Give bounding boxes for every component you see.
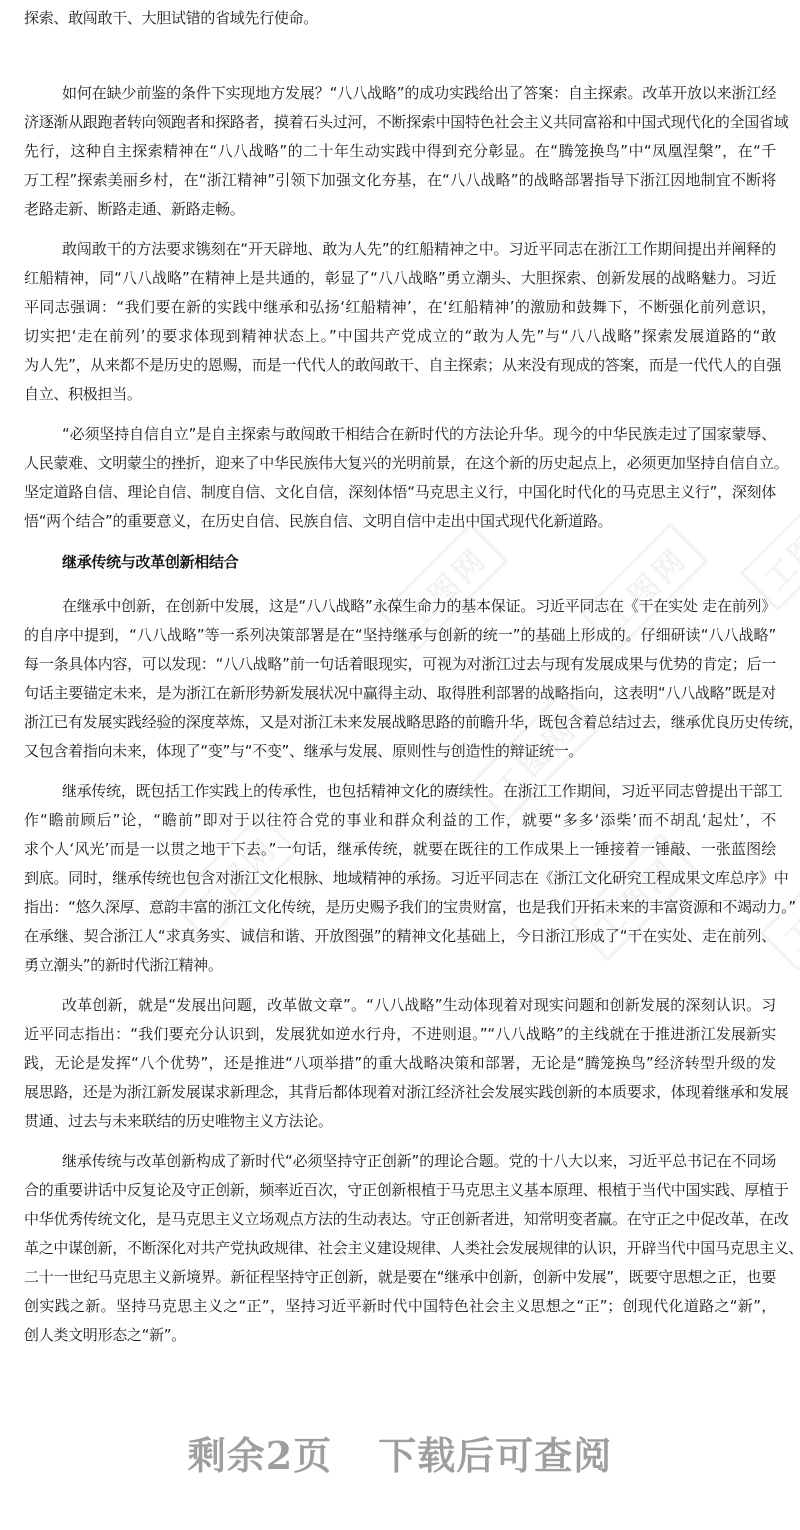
paragraph-line: 二十一世纪马克思主义新境界。新征程坚持守正创新，就是要在“继承中创新，创新中发展… (24, 1263, 776, 1292)
paragraph-line: 每一条具体内容，可以发现：“八八战略”前一句话着眼现实，可视为对浙江过去与现有发… (24, 650, 776, 679)
paragraph-line: 创实践之新。坚持马克思主义之“正”，坚持习近平新时代中国特色社会主义思想之“正”… (24, 1292, 776, 1321)
paragraph-line: 创人类文明形态之“新”。 (24, 1321, 776, 1350)
paragraph-line: 如何在缺少前鉴的条件下实现地方发展？“八八战略”的成功实践给出了答案：自主探索。… (62, 79, 776, 108)
paragraph-line: 济逐渐从跟跑者转向领跑者和探路者，摸着石头过河，不断探索中国特色社会主义共同富裕… (24, 108, 776, 137)
paragraph-line: 浙江已有发展实践经验的深度萃炼，又是对浙江未来发展战略思路的前瞻升华，既包含着总… (24, 708, 776, 737)
paragraph-line: 改革创新，就是“发展出问题，改革做文章”。“八八战略”生动体现着对现实问题和创新… (62, 991, 776, 1020)
paragraph-line: 又包含着指向未来，体现了“变”与“不变”、继承与发展、原则性与创造性的辩证统一。 (24, 737, 776, 766)
paragraph-line: 句话主要锚定未来，是为浙江在新形势新发展状况中赢得主动、取得胜利部署的战略指向，… (24, 679, 776, 708)
paragraph-line: 的自序中提到，“八八战略”等一系列决策部署是在“坚持继承与创新的统一”的基础上形… (24, 621, 776, 650)
paragraph-line: 践，无论是发挥“八个优势”，还是推进“八项举措”的重大战略决策和部署，无论是“腾… (24, 1049, 776, 1078)
paragraph-line: 为人先”，从来都不是历史的恩赐，而是一代代人的敢闯敢干、自主探索；从来没有现成的… (24, 351, 776, 380)
remaining-pages-label: 剩余2页 (188, 1433, 332, 1478)
paragraph-line: 坚定道路自信、理论自信、制度自信、文化自信，深刻体悟“马克思主义行，中国化时代化… (24, 478, 776, 507)
paragraph-line: 继承传统，既包括工作实践上的传承性，也包括精神文化的赓续性。在浙江工作期间，习近… (62, 777, 776, 806)
paragraph-line: 平同志强调：“我们要在新的实践中继承和弘扬‘红船精神’，在‘红船精神’的激励和鼓… (24, 293, 776, 322)
paragraph-line: 展思路，还是为浙江新发展谋求新理念，其背后都体现着对浙江经济社会发展实践创新的本… (24, 1078, 776, 1107)
paragraph-line: 敢闯敢干的方法要求镌刻在“开天辟地、敢为人先”的红船精神之中。习近平同志在浙江工… (62, 235, 776, 264)
paragraph-line: 革之中谋创新，不断深化对共产党执政规律、社会主义建设规律、人类社会发展规律的认识… (24, 1234, 776, 1263)
paragraph-line: 到底。同时，继承传统也包含对浙江文化根脉、地域精神的承扬。习近平同志在《浙江文化… (24, 864, 776, 893)
continuation-line: 探索、敢闯敢干、大胆试错的省域先行使命。 (24, 4, 776, 33)
paragraph-line: 作“瞻前顾后”论，“瞻前”即对于以往符合党的事业和群众利益的工作，就要“多多‘添… (24, 806, 776, 835)
paragraph-line: 求个人‘风光’而是一以贯之地干下去。”一句话，继承传统，就要在既往的工作成果上一… (24, 835, 776, 864)
paragraph-line: 指出：“悠久深厚、意韵丰富的浙江文化传统，是历史赐予我们的宝贵财富，也是我们开拓… (24, 893, 776, 922)
download-to-view-label[interactable]: 下载后可查阅 (378, 1433, 612, 1478)
paragraph-line: 在承继、契合浙江人“求真务实、诚信和谐、开放图强”的精神文化基础上，今日浙江形成… (24, 922, 776, 951)
paragraph-line: 老路走新、断路走通、新路走畅。 (24, 195, 776, 224)
paragraph-line: 贯通、过去与未来联结的历史唯物主义方法论。 (24, 1107, 776, 1136)
paragraph-line: 近平同志指出：“我们要充分认识到，发展犹如逆水行舟，不进则退。”“八八战略”的主… (24, 1020, 776, 1049)
paragraph-line: “必须坚持自信自立”是自主探索与敢闯敢干相结合在新时代的方法论升华。现今的中华民… (62, 420, 776, 449)
paragraph-line: 勇立潮头”的新时代浙江精神。 (24, 951, 776, 980)
paragraph-line: 悟“两个结合”的重要意义，在历史自信、民族自信、文明自信中走出中国式现代化新道路… (24, 507, 776, 536)
paragraph-line: 在继承中创新，在创新中发展，这是“八八战略”永葆生命力的基本保证。习近平同志在《… (62, 592, 776, 621)
paragraph-line: 万工程”探索美丽乡村，在“浙江精神”引领下加强文化夯基，在“八八战略”的战略部署… (24, 166, 776, 195)
paragraph-line: 切实把‘走在前列’的要求体现到精神状态上。”中国共产党成立的“敢为人先”与“八八… (24, 322, 776, 351)
paragraph-line: 合的重要讲话中反复论及守正创新，频率近百次，守正创新根植于马克思主义基本原理、根… (24, 1176, 776, 1205)
paragraph-line: 红船精神，同“八八战略”在精神上是共通的，彰显了“八八战略”勇立潮头、大胆探索、… (24, 264, 776, 293)
section-heading: 继承传统与改革创新相结合 (62, 548, 238, 577)
paywall-notice[interactable]: 剩余2页下载后可查阅 (0, 1425, 800, 1480)
paragraph-line: 继承传统与改革创新构成了新时代“必须坚持守正创新”的理论合题。党的十八大以来，习… (62, 1147, 776, 1176)
paragraph-line: 中华优秀传统文化，是马克思主义立场观点方法的生动表达。守正创新者进，知常明变者赢… (24, 1205, 776, 1234)
paragraph-line: 先行，这种自主探索精神在“八八战略”的二十年生动实践中得到充分彰显。在“腾笼换鸟… (24, 137, 776, 166)
paragraph-line: 人民蒙难、文明蒙尘的挫折，迎来了中华民族伟大复兴的光明前景，在这个新的历史起点上… (24, 449, 776, 478)
paragraph-line: 自立、积极担当。 (24, 380, 776, 409)
